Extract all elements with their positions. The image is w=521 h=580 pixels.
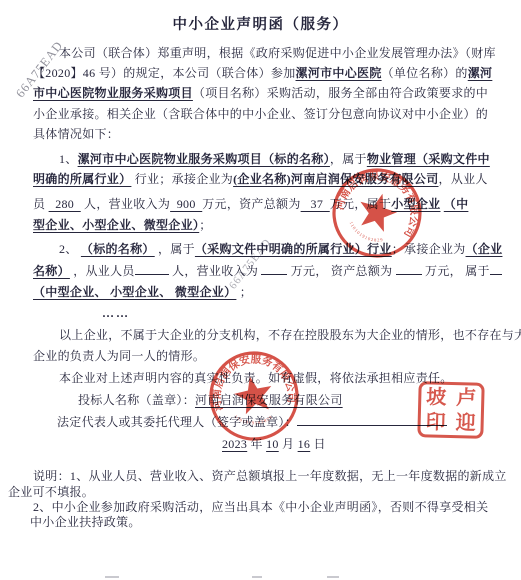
- page-edge-artifact: [327, 576, 339, 578]
- seal-star-icon: [354, 189, 401, 234]
- seal-char: 印: [425, 412, 446, 433]
- item2-line3: （中型企业、 小型企业、 微型企业） ；: [33, 285, 252, 299]
- page-edge-artifact: [105, 576, 119, 578]
- company-round-seal: 河南启润保安服务有限公司 1101019102829: [198, 340, 309, 451]
- para1-line1: 本公司（联合体）郑重声明，根据《政府采购促进中小企业发展管理办法》（财库: [33, 46, 496, 60]
- para1-line5: 具体情况如下：: [33, 127, 119, 141]
- para2-line1: 以上企业，不属于大企业的分支机构，不存在控股股东为大企业的情形，也不存在与大: [33, 328, 521, 342]
- document-page: 66A75EAD 66A75EAD 中小企业声明函（服务） 本公司（联合体）郑重…: [0, 0, 521, 580]
- seal-char: 坡: [426, 387, 447, 408]
- item1-line4: 型企业、小型企业、微型企业）；: [33, 218, 212, 232]
- item2-line2: 名称） ，从业人员 人，营业收入为 万元， 资产总额为 万元， 属于: [33, 264, 502, 279]
- personal-name-seal: 坡 卢 印 迎: [417, 381, 484, 439]
- para2-line2: 企业的负责人为同一人的情形。: [33, 349, 205, 363]
- para1-line4: 小企业承接。相关企业（含联合体中的中小企业、签订分包意向协议对中小企业）的: [33, 107, 488, 121]
- seal-char: 迎: [455, 413, 476, 434]
- note-line2: 企业可不填报。: [8, 485, 94, 499]
- document-title: 中小企业声明函（服务）: [0, 13, 521, 34]
- para1-line2: 【2020】46 号）的规定，本公司（联合体）参加漯河市中心医院（单位名称）的漯…: [33, 66, 492, 80]
- item2-line1: 2、 （标的名称） ，属于（采购文件中明确的所属行业）行业；承接企业为（企业: [33, 242, 502, 256]
- note-line1: 说明：1、从业人员、营业收入、资产总额填报上一年度数据，无上一年度数据的新成立: [33, 469, 507, 483]
- note-line3: 2、中小企业参加政府采购活动，应当出具本《中小企业声明函》，否则不得享受相关: [33, 500, 488, 514]
- note-line4: 中小企业扶持政策。: [30, 515, 141, 529]
- item1-line1: 1、漯河市中心医院物业服务采购项目（标的名称），属于物业管理（采购文件中: [33, 152, 490, 166]
- seal-star-icon: [231, 372, 276, 415]
- svg-text:1101019102829: 1101019102829: [233, 407, 275, 430]
- seal-serial-text: 1101019102829: [233, 407, 275, 430]
- para1-line3: 市中心医院物业服务采购项目（项目名称）采购活动，服务全部由符合政策要求的中: [33, 86, 488, 100]
- seal-char: 卢: [456, 388, 477, 409]
- ellipsis-line: ……: [102, 306, 130, 320]
- page-edge-artifact: [252, 576, 262, 578]
